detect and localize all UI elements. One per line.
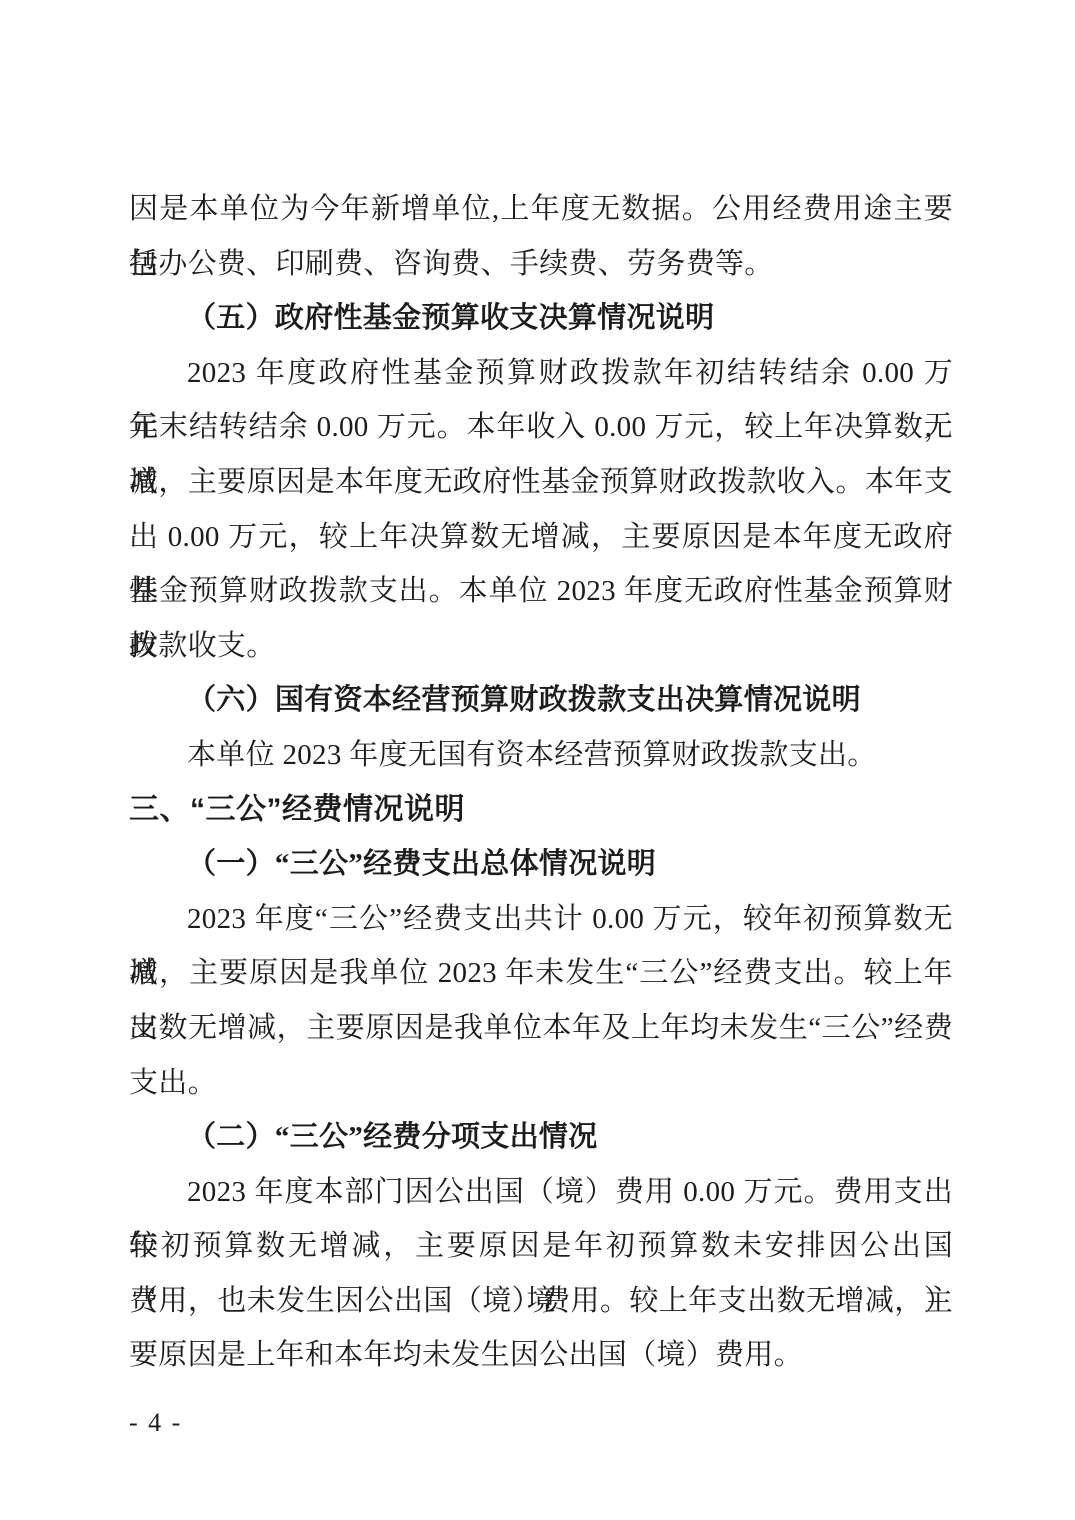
document-page: 因是本单位为今年新增单位,上年度无数据。公用经费用途主要包 括办公费、印刷费、咨…: [0, 0, 1075, 1520]
section-subheading-2: （二）“三公”经费分项支出情况: [129, 1110, 953, 1165]
paragraph-line: 费用，也未发生因公出国（境）费用。较上年支出数无增减，主: [129, 1274, 953, 1329]
section-subheading-5: （五）政府性基金预算收支决算情况说明: [129, 291, 953, 346]
paragraph-line: 减，主要原因是本年度无政府性基金预算财政拨款收入。本年支: [129, 455, 953, 510]
paragraph-line: 要原因是上年和本年均未发生因公出国（境）费用。: [129, 1328, 953, 1383]
paragraph-line: 拨款收支。: [129, 619, 953, 674]
chapter-heading-three-public-funds: 三、“三公”经费情况说明: [129, 783, 953, 838]
paragraph-line: 括办公费、印刷费、咨询费、手续费、劳务费等。: [129, 237, 953, 292]
section-subheading-6: （六）国有资本经营预算财政拨款支出决算情况说明: [129, 673, 953, 728]
paragraph-line: 2023 年度本部门因公出国（境）费用 0.00 万元。费用支出较: [129, 1165, 953, 1220]
paragraph-line: 2023 年度“三公”经费支出共计 0.00 万元，较年初预算数无增: [129, 892, 953, 947]
paragraph-line: 出 0.00 万元，较上年决算数无增减，主要原因是本年度无政府性: [129, 510, 953, 565]
paragraph-line: 因是本单位为今年新增单位,上年度无数据。公用经费用途主要包: [129, 182, 953, 237]
paragraph-line: 减，主要原因是我单位 2023 年未发生“三公”经费支出。较上年支: [129, 946, 953, 1001]
paragraph-line: 年末结转结余 0.00 万元。本年收入 0.00 万元，较上年决算数无增: [129, 400, 953, 455]
page-number: - 4 -: [129, 1408, 182, 1438]
paragraph-line: 基金预算财政拨款支出。本单位 2023 年度无政府性基金预算财政: [129, 564, 953, 619]
paragraph-line: 2023 年度政府性基金预算财政拨款年初结转结余 0.00 万元，: [129, 346, 953, 401]
document-body: 因是本单位为今年新增单位,上年度无数据。公用经费用途主要包 括办公费、印刷费、咨…: [129, 182, 953, 1383]
paragraph-line: 支出。: [129, 1056, 953, 1111]
paragraph-line: 本单位 2023 年度无国有资本经营预算财政拨款支出。: [129, 728, 953, 783]
section-subheading-1: （一）“三公”经费支出总体情况说明: [129, 837, 953, 892]
paragraph-line: 出数无增减，主要原因是我单位本年及上年均未发生“三公”经费: [129, 1001, 953, 1056]
paragraph-line: 年初预算数无增减，主要原因是年初预算数未安排因公出国（境）: [129, 1219, 953, 1274]
